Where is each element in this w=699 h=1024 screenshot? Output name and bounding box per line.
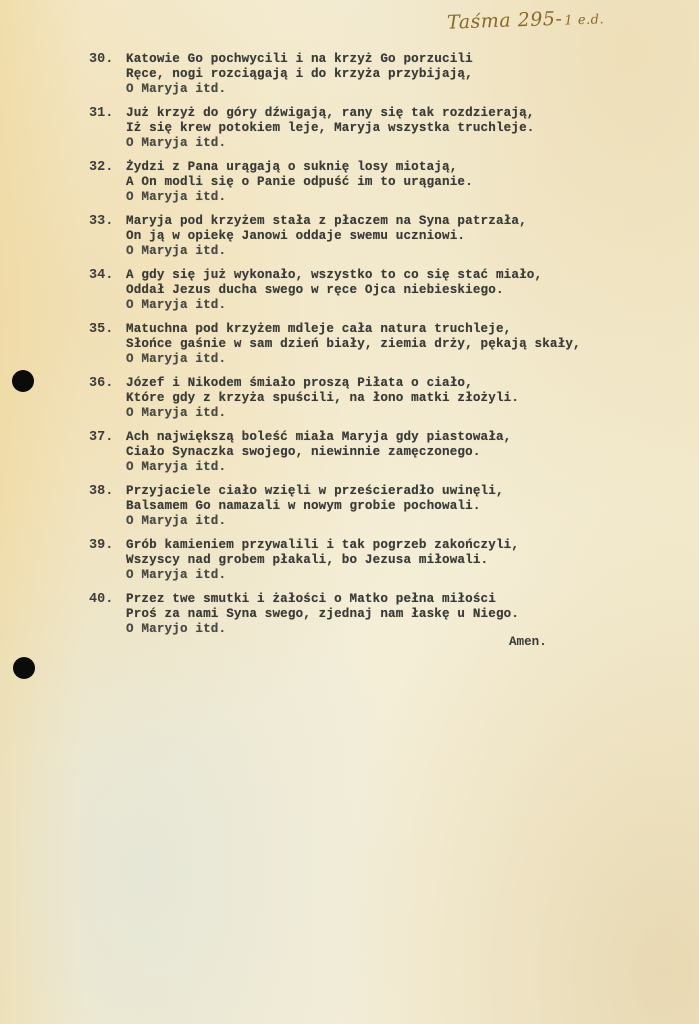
annotation-suffix: 1 e.d.: [564, 12, 604, 28]
stanza-number: 37.: [89, 430, 125, 445]
stanza: 36.Józef i Nikodem śmiało proszą Piłata …: [89, 376, 689, 421]
stanza-lines: Maryja pod krzyżem stała z płaczem na Sy…: [126, 214, 689, 259]
stanza-lines: Żydzi z Pana urągają o suknię losy miota…: [126, 160, 689, 205]
refrain-line: O Maryjo itd.: [126, 622, 689, 637]
stanza-number: 35.: [89, 322, 125, 337]
verse-line: Słońce gaśnie w sam dzień biały, ziemia …: [126, 337, 689, 352]
stanza-number: 38.: [89, 484, 125, 499]
stanza: 39.Grób kamieniem przywalili i tak pogrz…: [89, 538, 689, 583]
stanza: 35.Matuchna pod krzyżem mdleje cała natu…: [89, 322, 689, 367]
verse-line: Matuchna pod krzyżem mdleje cała natura …: [126, 322, 689, 337]
refrain-line: O Maryja itd.: [126, 514, 689, 529]
stanza: 37.Ach największą boleść miała Maryja gd…: [89, 430, 689, 475]
verse-line: On ją w opiekę Janowi oddaje swemu uczni…: [126, 229, 689, 244]
document-page: Taśma 295-1 e.d. 30.Katowie Go pochwycil…: [0, 0, 699, 1024]
verse-line: Żydzi z Pana urągają o suknię losy miota…: [126, 160, 689, 175]
verse-line: Wszyscy nad grobem płakali, bo Jezusa mi…: [126, 553, 689, 568]
refrain-line: O Maryja itd.: [126, 406, 689, 421]
punch-hole-icon: [12, 370, 34, 392]
stanza: 38.Przyjaciele ciało wzięli w prześciera…: [89, 484, 689, 529]
verse-line: Ach największą boleść miała Maryja gdy p…: [126, 430, 689, 445]
stanza-lines: Już krzyż do góry dźwigają, rany się tak…: [126, 106, 689, 151]
stanza-number: 31.: [89, 106, 125, 121]
stanza-lines: Katowie Go pochwycili i na krzyż Go porz…: [126, 52, 689, 97]
closing-amen: Amen.: [509, 635, 547, 649]
stanza: 34.A gdy się już wykonało, wszystko to c…: [89, 268, 689, 313]
refrain-line: O Maryja itd.: [126, 568, 689, 583]
verse-line: Katowie Go pochwycili i na krzyż Go porz…: [126, 52, 689, 67]
stanza-lines: Matuchna pod krzyżem mdleje cała natura …: [126, 322, 689, 367]
refrain-line: O Maryja itd.: [126, 352, 689, 367]
stanza-lines: Ach największą boleść miała Maryja gdy p…: [126, 430, 689, 475]
verse-line: Przez twe smutki i żałości o Matko pełna…: [126, 592, 689, 607]
refrain-line: O Maryja itd.: [126, 244, 689, 259]
verse-line: Które gdy z krzyża spuścili, na łono mat…: [126, 391, 689, 406]
stanza-number: 39.: [89, 538, 125, 553]
refrain-line: O Maryja itd.: [126, 298, 689, 313]
verse-line: Ciało Synaczka swojego, niewinnie zamęcz…: [126, 445, 689, 460]
stanza-number: 40.: [89, 592, 125, 607]
verse-line: Już krzyż do góry dźwigają, rany się tak…: [126, 106, 689, 121]
refrain-line: O Maryja itd.: [126, 460, 689, 475]
verse-line: Ręce, nogi rozciągają i do krzyża przybi…: [126, 67, 689, 82]
archive-annotation: Taśma 295-1 e.d.: [447, 6, 605, 33]
verse-line: A gdy się już wykonało, wszystko to co s…: [126, 268, 689, 283]
stanza: 33.Maryja pod krzyżem stała z płaczem na…: [89, 214, 689, 259]
verse-line: Przyjaciele ciało wzięli w prześcieradło…: [126, 484, 689, 499]
stanza-lines: Przez twe smutki i żałości o Matko pełna…: [126, 592, 689, 637]
stanza: 40.Przez twe smutki i żałości o Matko pe…: [89, 592, 689, 637]
verse-line: Maryja pod krzyżem stała z płaczem na Sy…: [126, 214, 689, 229]
verse-line: Proś za nami Syna swego, zjednaj nam łas…: [126, 607, 689, 622]
punch-hole-icon: [13, 657, 35, 679]
annotation-main: Taśma 295-: [447, 8, 563, 34]
stanza-lines: Józef i Nikodem śmiało proszą Piłata o c…: [126, 376, 689, 421]
stanza-number: 34.: [89, 268, 125, 283]
stanza-number: 33.: [89, 214, 125, 229]
stanza-lines: Grób kamieniem przywalili i tak pogrzeb …: [126, 538, 689, 583]
stanza: 31.Już krzyż do góry dźwigają, rany się …: [89, 106, 689, 151]
verse-line: Iż się krew potokiem leje, Maryja wszyst…: [126, 121, 689, 136]
stanza-number: 36.: [89, 376, 125, 391]
verse-line: A On modli się o Panie odpuść im to urąg…: [126, 175, 689, 190]
verse-line: Balsamem Go namazali w nowym grobie poch…: [126, 499, 689, 514]
song-stanzas: 30.Katowie Go pochwycili i na krzyż Go p…: [89, 52, 689, 646]
stanza-lines: A gdy się już wykonało, wszystko to co s…: [126, 268, 689, 313]
refrain-line: O Maryja itd.: [126, 136, 689, 151]
stanza: 30.Katowie Go pochwycili i na krzyż Go p…: [89, 52, 689, 97]
verse-line: Grób kamieniem przywalili i tak pogrzeb …: [126, 538, 689, 553]
verse-line: Józef i Nikodem śmiało proszą Piłata o c…: [126, 376, 689, 391]
stanza-lines: Przyjaciele ciało wzięli w prześcieradło…: [126, 484, 689, 529]
verse-line: Oddał Jezus ducha swego w ręce Ojca nieb…: [126, 283, 689, 298]
stanza-number: 30.: [89, 52, 125, 67]
refrain-line: O Maryja itd.: [126, 82, 689, 97]
stanza: 32.Żydzi z Pana urągają o suknię losy mi…: [89, 160, 689, 205]
stanza-number: 32.: [89, 160, 125, 175]
refrain-line: O Maryja itd.: [126, 190, 689, 205]
